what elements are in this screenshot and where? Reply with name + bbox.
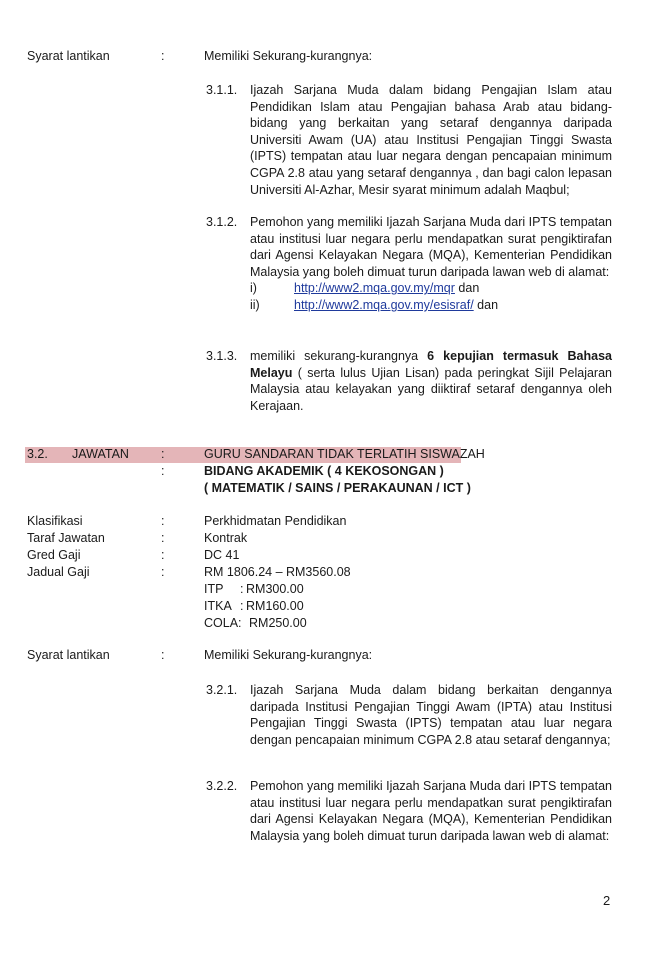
- esisraf-link[interactable]: http://www2.mqa.gov.my/esisraf/: [294, 298, 474, 312]
- colon: :: [161, 647, 164, 664]
- detail-label: Klasifikasi: [27, 513, 83, 530]
- allowance-name: COLA: [204, 615, 238, 632]
- item-body: Pemohon yang memiliki Ijazah Sarjana Mud…: [250, 214, 612, 314]
- requirement-3-2-2: 3.2.2. Pemohon yang memiliki Ijazah Sarj…: [204, 778, 612, 863]
- allowance-amount: RM250.00: [249, 615, 307, 632]
- detail-label: Jadual Gaji: [27, 564, 90, 581]
- item-number: 3.2.2.: [206, 778, 237, 795]
- allowance-amount: RM300.00: [246, 581, 304, 598]
- bidang-row: : BIDANG AKADEMIK ( 4 KEKOSONGAN ): [0, 463, 649, 480]
- detail-row-jadual-gaji: Jadual Gaji : RM 1806.24 – RM3560.08: [0, 564, 649, 581]
- item-text: Ijazah Sarjana Muda dalam bidang Pengaji…: [250, 82, 612, 198]
- detail-label: Gred Gaji: [27, 547, 81, 564]
- item-number: 3.1.2.: [206, 214, 237, 231]
- page-number: 2: [603, 893, 610, 908]
- detail-row-taraf-jawatan: Taraf Jawatan : Kontrak: [0, 530, 649, 547]
- item-number: 3.1.3.: [206, 348, 237, 365]
- requirement-3-2-1: 3.2.1. Ijazah Sarjana Muda dalam bidang …: [204, 682, 612, 750]
- allowance-row-itp: ITP : RM300.00: [0, 581, 649, 598]
- syarat-lantikan-label: Syarat lantikan: [27, 48, 110, 65]
- roman-numeral: i): [250, 280, 257, 297]
- detail-value: Kontrak: [204, 530, 247, 547]
- detail-row-klasifikasi: Klasifikasi : Perkhidmatan Pendidikan: [0, 513, 649, 530]
- syarat-lantikan-value: Memiliki Sekurang-kurangnya:: [204, 647, 372, 664]
- colon: :: [161, 48, 164, 65]
- mqr-link[interactable]: http://www2.mqa.gov.my/mqr: [294, 281, 455, 295]
- item-text: Ijazah Sarjana Muda dalam bidang berkait…: [250, 682, 612, 748]
- link-line-ii: ii) http://www2.mqa.gov.my/esisraf/ dan: [250, 297, 612, 314]
- item-text: memiliki sekurang-kurangnya 6 kepujian t…: [250, 348, 612, 414]
- link-suffix: dan: [474, 298, 498, 312]
- detail-value: RM 1806.24 – RM3560.08: [204, 564, 351, 581]
- text-pre: memiliki sekurang-kurangnya: [250, 349, 427, 363]
- colon: :: [161, 513, 164, 530]
- detail-value: DC 41: [204, 547, 239, 564]
- requirement-3-1-3: 3.1.3. memiliki sekurang-kurangnya 6 kep…: [204, 348, 612, 416]
- allowance-sep: :: [240, 581, 243, 598]
- link-line-i: i) http://www2.mqa.gov.my/mqr dan: [250, 280, 612, 297]
- section-number: 3.2.: [27, 446, 48, 463]
- roman-numeral: ii): [250, 297, 260, 314]
- mqa-links: i) http://www2.mqa.gov.my/mqr dan ii) ht…: [250, 280, 612, 313]
- bidang-row-2: ( MATEMATIK / SAINS / PERAKAUNAN / ICT ): [0, 480, 649, 497]
- jawatan-label: JAWATAN: [72, 446, 129, 463]
- detail-label: Taraf Jawatan: [27, 530, 105, 547]
- bidang-line-1: BIDANG AKADEMIK ( 4 KEKOSONGAN ): [204, 463, 444, 480]
- syarat-lantikan-value: Memiliki Sekurang-kurangnya:: [204, 48, 372, 65]
- bidang-line-2: ( MATEMATIK / SAINS / PERAKAUNAN / ICT ): [204, 480, 471, 497]
- allowance-sep: :: [238, 615, 241, 632]
- allowance-name: ITKA: [204, 598, 232, 615]
- syarat-lantikan-label: Syarat lantikan: [27, 647, 110, 664]
- item-number: 3.1.1.: [206, 82, 237, 99]
- colon: :: [161, 547, 164, 564]
- allowance-name: ITP: [204, 581, 223, 598]
- detail-row-gred-gaji: Gred Gaji : DC 41: [0, 547, 649, 564]
- allowance-row-itka: ITKA : RM160.00: [0, 598, 649, 615]
- requirement-3-1-2: 3.1.2. Pemohon yang memiliki Ijazah Sarj…: [204, 214, 612, 329]
- allowance-row-cola: COLA : RM250.00: [0, 615, 649, 632]
- requirement-3-1-1: 3.1.1. Ijazah Sarjana Muda dalam bidang …: [204, 82, 612, 182]
- jawatan-value: GURU SANDARAN TIDAK TERLATIH SISWAZAH: [204, 446, 485, 463]
- colon: :: [161, 463, 164, 480]
- allowance-sep: :: [240, 598, 243, 615]
- colon: :: [161, 446, 164, 463]
- detail-value: Perkhidmatan Pendidikan: [204, 513, 346, 530]
- syarat-lantikan-row-3-2: Syarat lantikan : Memiliki Sekurang-kura…: [0, 647, 649, 664]
- allowance-amount: RM160.00: [246, 598, 304, 615]
- syarat-lantikan-row-3-1: Syarat lantikan : Memiliki Sekurang-kura…: [0, 48, 649, 65]
- text-post: ( serta lulus Ujian Lisan) pada peringka…: [250, 366, 612, 413]
- colon: :: [161, 564, 164, 581]
- jawatan-row: 3.2. JAWATAN : GURU SANDARAN TIDAK TERLA…: [0, 446, 649, 463]
- colon: :: [161, 530, 164, 547]
- link-suffix: dan: [455, 281, 479, 295]
- item-number: 3.2.1.: [206, 682, 237, 699]
- item-text: Pemohon yang memiliki Ijazah Sarjana Mud…: [250, 214, 612, 280]
- item-text: Pemohon yang memiliki Ijazah Sarjana Mud…: [250, 778, 612, 844]
